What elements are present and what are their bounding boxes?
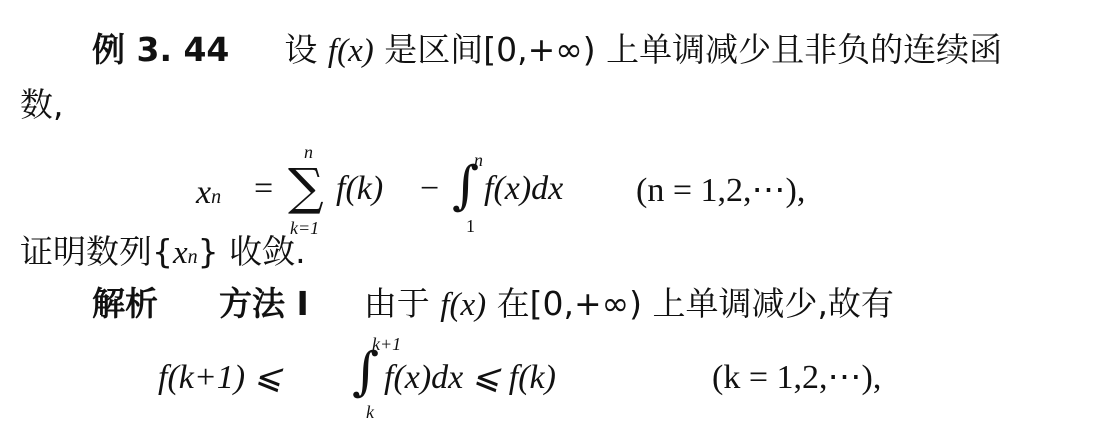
function-fx: f(x): [328, 33, 374, 69]
integral-upper-limit-2: k+1: [372, 334, 401, 355]
sigma-symbol: ∑: [288, 162, 324, 212]
condition-n: (n = 1,2,⋯),: [636, 170, 805, 210]
integral-lower-limit: 1: [466, 216, 475, 237]
conclusion-line: 证明数列{xn} 收敛.: [20, 232, 306, 277]
minus-sign: −: [420, 170, 439, 208]
equals-sign: =: [254, 170, 273, 208]
integral-lower-limit-2: k: [366, 402, 374, 423]
solution-line: 解析 方法 Ⅰ 由于 f(x) 在[0,+∞) 上单调减少,故有: [92, 284, 894, 325]
condition-k: (k = 1,2,⋯),: [712, 357, 881, 397]
problem-line-1: 例 3. 44 设 f(x) 是区间[0,+∞) 上单调减少且非负的连续函: [92, 30, 1002, 71]
integrand: f(x)dx: [484, 170, 563, 208]
formula-xn: xn: [196, 172, 221, 212]
statement-mid: 是区间[0,+∞): [384, 30, 595, 69]
method-label: 方法 Ⅰ: [219, 284, 309, 323]
inequality-lhs: f(k+1) ⩽: [158, 357, 282, 397]
statement-pre: 设: [284, 30, 317, 69]
problem-line-2: 数,: [20, 85, 64, 125]
term-fk: f(k): [336, 170, 383, 208]
integral-upper-limit: n: [474, 150, 483, 171]
solution-label: 解析: [92, 284, 158, 323]
statement-post: 上单调减少且非负的连续函: [606, 30, 1002, 69]
example-label: 例 3. 44: [92, 30, 229, 69]
inequality-rhs: f(x)dx ⩽ f(k): [384, 357, 556, 397]
